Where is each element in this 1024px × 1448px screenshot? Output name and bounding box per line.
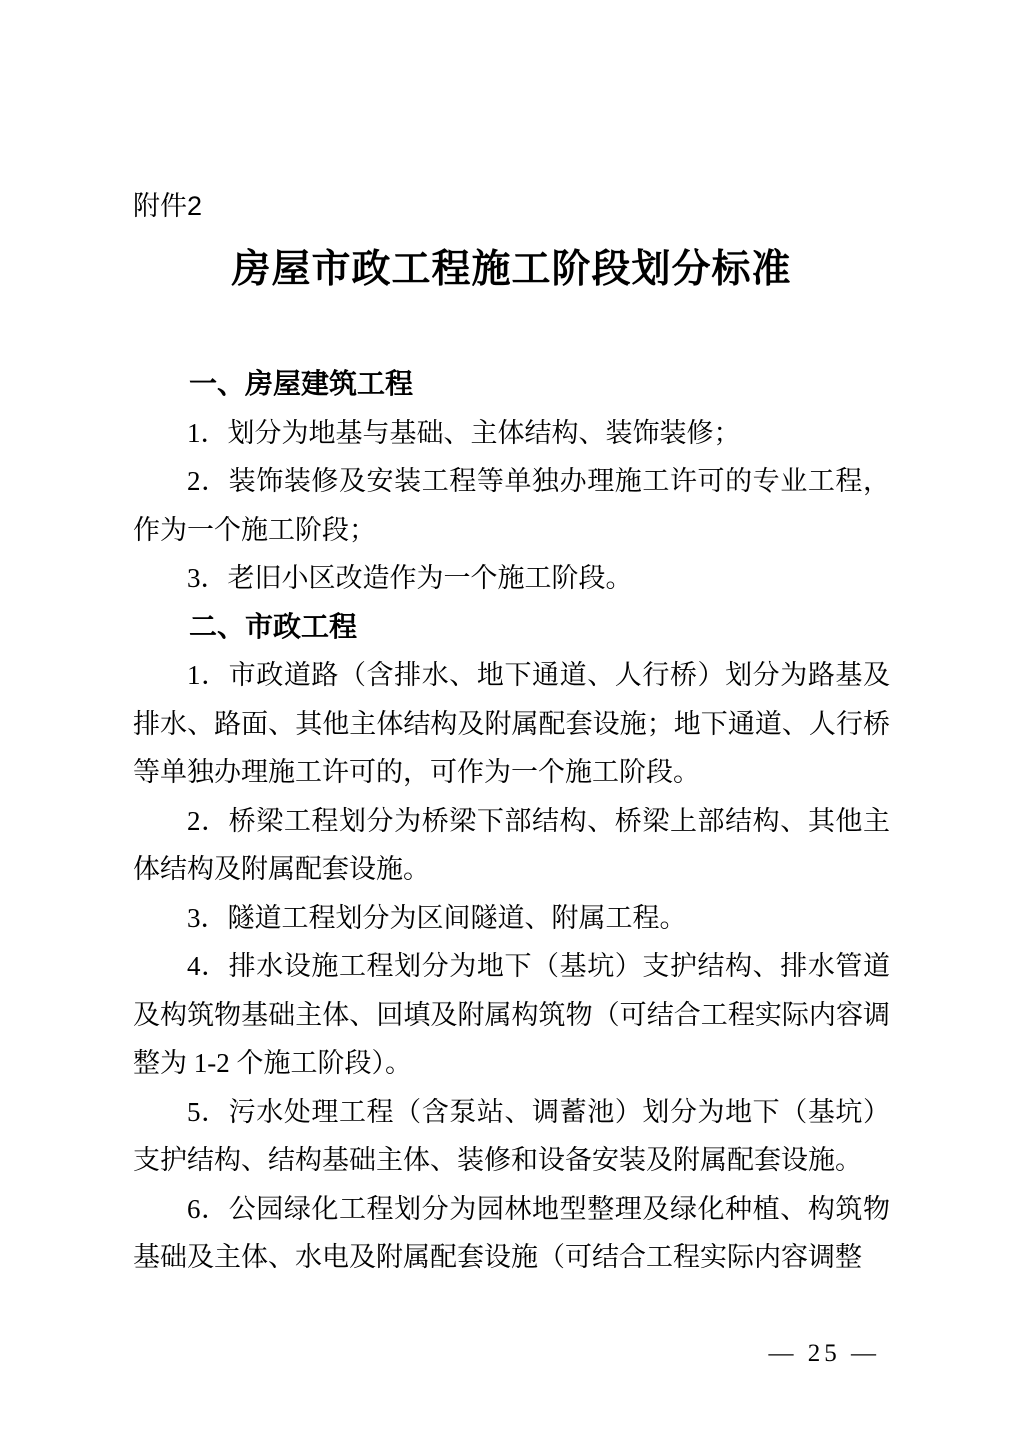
municipal-item-2: 2．桥梁工程划分为桥梁下部结构、桥梁上部结构、其他主体结构及附属配套设施。 (133, 797, 890, 894)
municipal-item-1: 1．市政道路（含排水、地下通道、人行桥）划分为路基及排水、路面、其他主体结构及附… (133, 651, 890, 797)
municipal-item-4: 4．排水设施工程划分为地下（基坑）支护结构、排水管道及构筑物基础主体、回填及附属… (133, 942, 890, 1088)
housing-item-2: 2．装饰装修及安装工程等单独办理施工许可的专业工程，作为一个施工阶段； (133, 457, 890, 554)
housing-item-3: 3．老旧小区改造作为一个施工阶段。 (133, 554, 890, 603)
document-title: 房屋市政工程施工阶段划分标准 (133, 242, 890, 298)
municipal-item-6: 6．公园绿化工程划分为园林地型整理及绿化种植、构筑物基础及主体、水电及附属配套设… (133, 1185, 890, 1282)
page-number: — 25 — (769, 1340, 881, 1368)
document-page: 附件2 房屋市政工程施工阶段划分标准 一、房屋建筑工程 1．划分为地基与基础、主… (0, 0, 1024, 1448)
section-heading-housing: 一、房屋建筑工程 (133, 360, 890, 409)
section-heading-municipal: 二、市政工程 (133, 603, 890, 652)
municipal-item-3: 3．隧道工程划分为区间隧道、附属工程。 (133, 894, 890, 943)
attachment-label: 附件2 (133, 186, 890, 226)
document-body: 一、房屋建筑工程 1．划分为地基与基础、主体结构、装饰装修； 2．装饰装修及安装… (133, 360, 890, 1282)
housing-item-1: 1．划分为地基与基础、主体结构、装饰装修； (133, 409, 890, 458)
municipal-item-5: 5．污水处理工程（含泵站、调蓄池）划分为地下（基坑）支护结构、结构基础主体、装修… (133, 1088, 890, 1185)
